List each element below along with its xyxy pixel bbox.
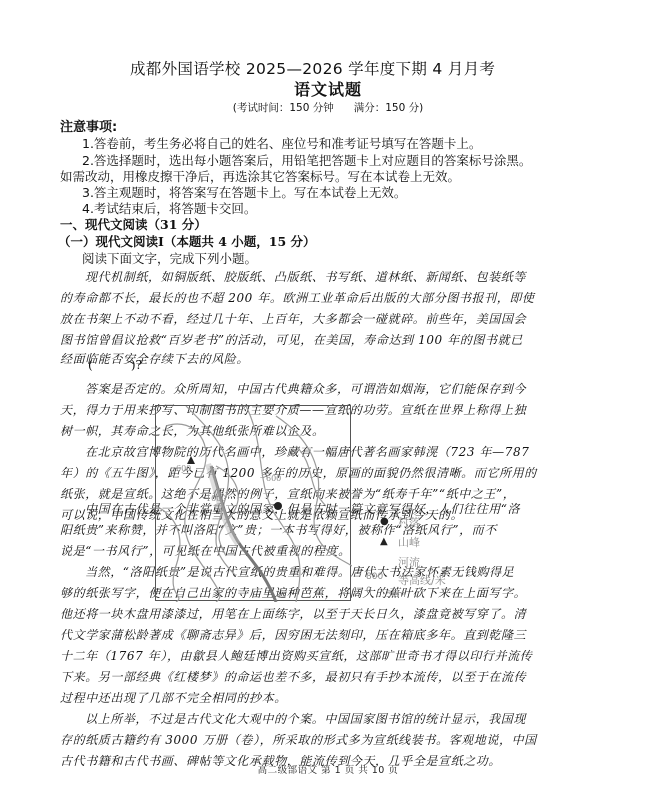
passage-line: 图书馆曾倡议抢救“百岁老书”的活动，可见，在美国，寿命达到 100 年的图书就已	[60, 331, 600, 348]
passage-line: 放在书架上不动不看，经过几十年、上百年，大多都会一碰就碎。前些年，美国国会	[60, 310, 600, 327]
passage-line: 说是“一书风行”，可见纸在中国古代被重视的程度。	[60, 542, 600, 559]
passage-line: 以上所举，不过是古代文化大观中的个案。中国国家图书馆的统计显示，我国现	[85, 710, 625, 727]
page-footer: 高二级部语文 第 1 页 共 10 页	[0, 762, 656, 776]
passage-line: 够的纸张写字，便在自己出家的寺庙里遍种芭蕉，将阔大的蕉叶砍下来在上面写字。	[60, 584, 600, 601]
exam-info: (考试时间：150 分钟满分：150 分)	[0, 100, 656, 115]
reading-instruction: 阅读下面文字，完成下列小题。	[82, 249, 622, 267]
passage-line: 中国在古代是一个非常重文的国家，但是古时一篇文章写得好，人们往往用“洛	[85, 500, 625, 517]
passage-line: 下来。另一部经典《红楼梦》的命运也差不多，最初只有手抄本流传，以至于在流传	[60, 668, 600, 685]
passage-line: 存的纸质古籍约有 3000 万册（卷），所采取的形式多为宣纸线装书。客观地说，中…	[60, 731, 600, 748]
passage-line: 当然，“洛阳纸贵”是说古代宣纸的贵重和难得。唐代大书法家怀素无钱购得足	[85, 563, 625, 580]
sub1-heading: （一）现代文阅读Ⅰ（本题共 4 小题，15 分）	[58, 232, 316, 250]
question-blank: ( )?	[88, 358, 142, 372]
passage-line: 答案是否定的。众所周知，中国古代典籍众多，可谓浩如烟海，它们能保存到今	[85, 380, 625, 397]
exam-page: 成都外国语学校 2025—2026 学年度下期 4 月月考 语文试题 (考试时间…	[0, 0, 656, 798]
notes-heading: 注意事项:	[60, 116, 117, 135]
school-title: 成都外国语学校 2025—2026 学年度下期 4 月月考	[130, 57, 530, 79]
passage-line: 他还将一块木盘用漆漆过，用笔在上面练字，以至于天长日久，漆盘竟被写穿了。清	[60, 605, 600, 622]
note-item-1: 1.答卷前，考生务必将自己的姓名、座位号和准考证号填写在答题卡上。	[82, 134, 622, 152]
passage-line: 天，得力于用来抄写、印制图书的主要介质——宣纸的功劳。宣纸在世界上称得上独	[60, 401, 600, 418]
passage-line: 年）的《五牛图》，距今已有 1200 多年的历史，原画的面貌仍然很清晰。而它所用…	[60, 464, 600, 481]
passage-line: 代文学家蒲松龄著成《聊斋志异》后，因穷困无法刻印，压在箱底多年。直到乾隆三	[60, 626, 600, 643]
passage-line: 的寿命都不长，最长的也不超 200 年。欧洲工业革命后出版的大部分图书报刊，即使	[60, 289, 600, 306]
subject-title: 语文试题	[0, 77, 656, 100]
passage-line: 过程中还出现了几部不完全相同的抄本。	[60, 689, 600, 706]
full-score: 满分：150 分)	[354, 102, 423, 114]
part1-heading: 一、现代文阅读（31 分）	[60, 215, 207, 233]
passage-line: 现代机制纸，如铜版纸、胶版纸、凸版纸、书写纸、道林纸、新闻纸、包装纸等	[85, 268, 625, 285]
passage-line: 在北京故宫博物院的历代名画中，珍藏有一幅唐代著名画家韩滉（723 年—787	[85, 443, 625, 460]
passage-line: 十二年（1767 年），由歙县人鲍廷博出资购买宣纸，这部旷世奇书才得以印行并流传	[60, 647, 600, 664]
exam-time: (考试时间：150 分钟	[233, 102, 334, 114]
passage-line: 树一帜，其寿命之长，为其他纸张所难以企及。	[60, 422, 600, 439]
passage-line: 阳纸贵”来称赞，并不叫洛阳“文”贵；一本书写得好，被称作“洛纸风行”，而不	[60, 521, 600, 538]
